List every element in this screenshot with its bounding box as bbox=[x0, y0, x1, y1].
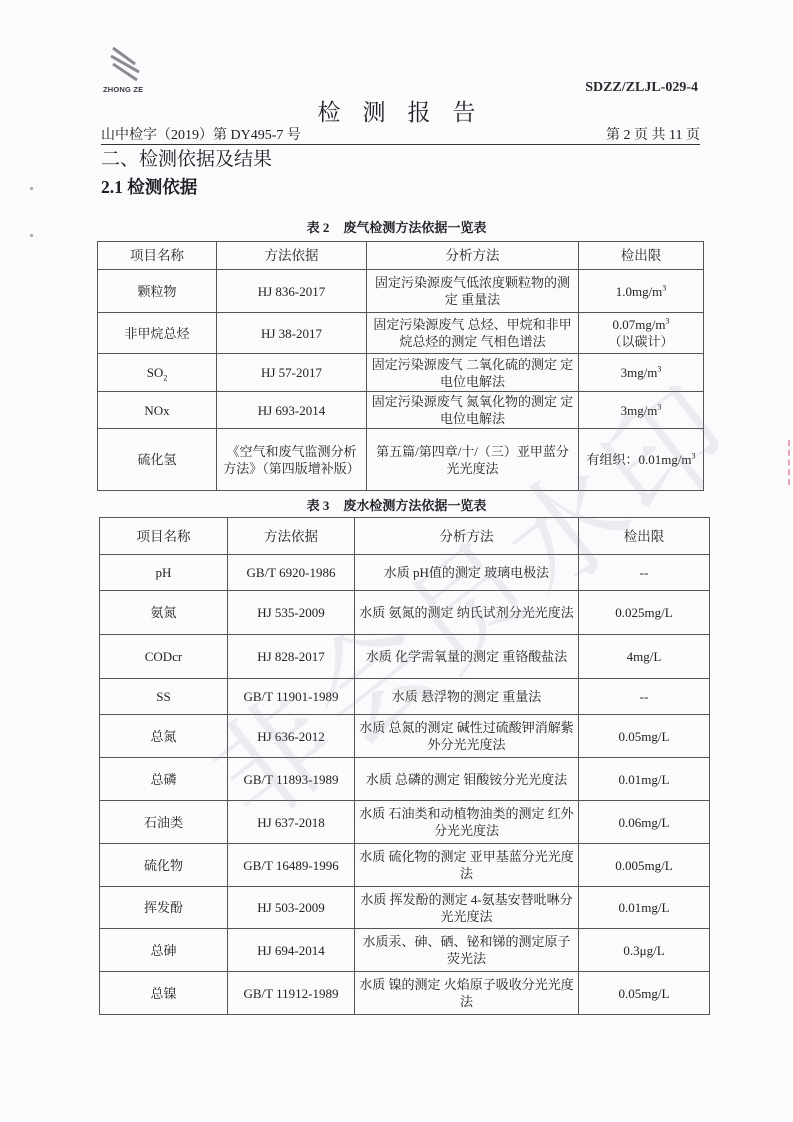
item-name: pH bbox=[100, 555, 228, 591]
analysis-method: 固定污染源废气 氮氧化物的测定 定电位电解法 bbox=[367, 392, 579, 429]
header-limit: 检出限 bbox=[579, 518, 710, 555]
analysis-method: 水质 石油类和动植物油类的测定 红外分光光度法 bbox=[355, 801, 579, 844]
table-row: 挥发酚 HJ 503-2009 水质 挥发酚的测定 4-氨基安替吡啉分光光度法 … bbox=[100, 887, 710, 929]
method-standard: HJ 693-2014 bbox=[217, 392, 367, 429]
item-name: 总氮 bbox=[100, 715, 228, 758]
detection-limit: 0.01mg/L bbox=[579, 758, 710, 801]
detection-limit: -- bbox=[579, 555, 710, 591]
table-row: 总砷 HJ 694-2014 水质汞、砷、硒、铋和锑的测定原子荧光法 0.3μg… bbox=[100, 929, 710, 972]
table-row: 总磷 GB/T 11893-1989 水质 总磷的测定 钼酸铵分光光度法 0.0… bbox=[100, 758, 710, 801]
logo-stripes-icon bbox=[109, 44, 145, 82]
table-row: SO2 HJ 57-2017 固定污染源废气 二氧化硫的测定 定电位电解法 3m… bbox=[98, 354, 704, 392]
logo-text: ZHONG ZE bbox=[103, 85, 143, 94]
analysis-method: 水质 镍的测定 火焰原子吸收分光光度法 bbox=[355, 972, 579, 1015]
table-row: NOx HJ 693-2014 固定污染源废气 氮氧化物的测定 定电位电解法 3… bbox=[98, 392, 704, 429]
header-limit: 检出限 bbox=[579, 242, 704, 270]
analysis-method: 水质 氨氮的测定 纳氏试剂分光光度法 bbox=[355, 591, 579, 635]
item-name: 总砷 bbox=[100, 929, 228, 972]
item-name: 氨氮 bbox=[100, 591, 228, 635]
table-row: 硫化氢 《空气和废气监测分析方法》（第四版增补版） 第五篇/第四章/十/（三）亚… bbox=[98, 429, 704, 491]
table3-caption-text: 废水检测方法依据一览表 bbox=[343, 498, 486, 513]
table-row: pH GB/T 6920-1986 水质 pH值的测定 玻璃电极法 -- bbox=[100, 555, 710, 591]
header-item: 项目名称 bbox=[98, 242, 217, 270]
method-standard: HJ 503-2009 bbox=[228, 887, 355, 929]
item-name: NOx bbox=[98, 392, 217, 429]
scan-speck bbox=[30, 234, 33, 237]
table3-caption: 表 3废水检测方法依据一览表 bbox=[0, 495, 793, 514]
table2-caption-text: 废气检测方法依据一览表 bbox=[343, 220, 486, 235]
analysis-method: 水质汞、砷、硒、铋和锑的测定原子荧光法 bbox=[355, 929, 579, 972]
method-standard: HJ 637-2018 bbox=[228, 801, 355, 844]
detection-limit: 3mg/m3 bbox=[579, 392, 704, 429]
detection-limit: 0.06mg/L bbox=[579, 801, 710, 844]
item-name: 颗粒物 bbox=[98, 270, 217, 313]
table3-caption-number: 表 3 bbox=[307, 498, 330, 513]
table2-caption-number: 表 2 bbox=[307, 220, 330, 235]
section-title: 二、检测依据及结果 bbox=[101, 144, 272, 171]
analysis-method: 第五篇/第四章/十/（三）亚甲蓝分光光度法 bbox=[367, 429, 579, 491]
detection-limit: 有组织：0.01mg/m3 bbox=[579, 429, 704, 491]
page-info: 第 2 页 共 11 页 bbox=[606, 124, 700, 144]
method-standard: GB/T 11901-1989 bbox=[228, 679, 355, 715]
detection-limit: 0.05mg/L bbox=[579, 715, 710, 758]
header-method: 分析方法 bbox=[367, 242, 579, 270]
item-name: CODcr bbox=[100, 635, 228, 679]
header-standard: 方法依据 bbox=[217, 242, 367, 270]
analysis-method: 固定污染源废气 总烃、甲烷和非甲烷总烃的测定 气相色谱法 bbox=[367, 313, 579, 354]
analysis-method: 水质 化学需氧量的测定 重铬酸盐法 bbox=[355, 635, 579, 679]
table-row: 石油类 HJ 637-2018 水质 石油类和动植物油类的测定 红外分光光度法 … bbox=[100, 801, 710, 844]
analysis-method: 水质 总磷的测定 钼酸铵分光光度法 bbox=[355, 758, 579, 801]
detection-limit: 0.01mg/L bbox=[579, 887, 710, 929]
table-row: 非甲烷总烃 HJ 38-2017 固定污染源废气 总烃、甲烷和非甲烷总烃的测定 … bbox=[98, 313, 704, 354]
table-row: SS GB/T 11901-1989 水质 悬浮物的测定 重量法 -- bbox=[100, 679, 710, 715]
table-row: 总氮 HJ 636-2012 水质 总氮的测定 碱性过硫酸钾消解紫外分光光度法 … bbox=[100, 715, 710, 758]
detection-limit: 4mg/L bbox=[579, 635, 710, 679]
report-title: 检测报告 bbox=[0, 94, 793, 127]
table-header-row: 项目名称 方法依据 分析方法 检出限 bbox=[100, 518, 710, 555]
item-name: 总磷 bbox=[100, 758, 228, 801]
method-standard: GB/T 16489-1996 bbox=[228, 844, 355, 887]
detection-limit: 0.025mg/L bbox=[579, 591, 710, 635]
analysis-method: 水质 挥发酚的测定 4-氨基安替吡啉分光光度法 bbox=[355, 887, 579, 929]
company-logo: ZHONG ZE bbox=[103, 44, 153, 92]
item-name: SS bbox=[100, 679, 228, 715]
table2-caption: 表 2废气检测方法依据一览表 bbox=[0, 217, 793, 236]
analysis-method: 水质 悬浮物的测定 重量法 bbox=[355, 679, 579, 715]
item-name: SO2 bbox=[98, 354, 217, 392]
header-method: 分析方法 bbox=[355, 518, 579, 555]
edge-stamp-mark bbox=[788, 440, 793, 485]
method-standard: HJ 694-2014 bbox=[228, 929, 355, 972]
detection-limit: 3mg/m3 bbox=[579, 354, 704, 392]
detection-limit: -- bbox=[579, 679, 710, 715]
table-row: 总镍 GB/T 11912-1989 水质 镍的测定 火焰原子吸收分光光度法 0… bbox=[100, 972, 710, 1015]
detection-limit: 1.0mg/m3 bbox=[579, 270, 704, 313]
table-header-row: 项目名称 方法依据 分析方法 检出限 bbox=[98, 242, 704, 270]
analysis-method: 水质 硫化物的测定 亚甲基蓝分光光度法 bbox=[355, 844, 579, 887]
detection-limit: 0.3μg/L bbox=[579, 929, 710, 972]
detection-limit: 0.07mg/m3（以碳计） bbox=[579, 313, 704, 354]
detection-limit: 0.005mg/L bbox=[579, 844, 710, 887]
table-row: 颗粒物 HJ 836-2017 固定污染源废气低浓度颗粒物的测定 重量法 1.0… bbox=[98, 270, 704, 313]
header-standard: 方法依据 bbox=[228, 518, 355, 555]
scan-speck bbox=[30, 187, 33, 190]
method-standard: HJ 836-2017 bbox=[217, 270, 367, 313]
waste-gas-methods-table: 项目名称 方法依据 分析方法 检出限 颗粒物 HJ 836-2017 固定污染源… bbox=[97, 241, 704, 491]
method-standard: HJ 828-2017 bbox=[228, 635, 355, 679]
header-item: 项目名称 bbox=[100, 518, 228, 555]
analysis-method: 固定污染源废气 二氧化硫的测定 定电位电解法 bbox=[367, 354, 579, 392]
method-standard: HJ 535-2009 bbox=[228, 591, 355, 635]
method-standard: 《空气和废气监测分析方法》（第四版增补版） bbox=[217, 429, 367, 491]
method-standard: GB/T 6920-1986 bbox=[228, 555, 355, 591]
wastewater-methods-table: 项目名称 方法依据 分析方法 检出限 pH GB/T 6920-1986 水质 … bbox=[99, 517, 710, 1015]
analysis-method: 水质 总氮的测定 碱性过硫酸钾消解紫外分光光度法 bbox=[355, 715, 579, 758]
table-row: CODcr HJ 828-2017 水质 化学需氧量的测定 重铬酸盐法 4mg/… bbox=[100, 635, 710, 679]
method-standard: GB/T 11893-1989 bbox=[228, 758, 355, 801]
report-number: 山中检字（2019）第 DY495-7 号 bbox=[101, 124, 301, 144]
item-name: 挥发酚 bbox=[100, 887, 228, 929]
detection-limit: 0.05mg/L bbox=[579, 972, 710, 1015]
analysis-method: 固定污染源废气低浓度颗粒物的测定 重量法 bbox=[367, 270, 579, 313]
item-name: 硫化氢 bbox=[98, 429, 217, 491]
item-name: 硫化物 bbox=[100, 844, 228, 887]
item-name: 总镍 bbox=[100, 972, 228, 1015]
analysis-method: 水质 pH值的测定 玻璃电极法 bbox=[355, 555, 579, 591]
table-row: 氨氮 HJ 535-2009 水质 氨氮的测定 纳氏试剂分光光度法 0.025m… bbox=[100, 591, 710, 635]
report-meta-row: 山中检字（2019）第 DY495-7 号 第 2 页 共 11 页 bbox=[101, 124, 700, 145]
item-name: 非甲烷总烃 bbox=[98, 313, 217, 354]
subsection-title: 2.1 检测依据 bbox=[101, 174, 197, 199]
method-standard: HJ 38-2017 bbox=[217, 313, 367, 354]
method-standard: HJ 57-2017 bbox=[217, 354, 367, 392]
method-standard: GB/T 11912-1989 bbox=[228, 972, 355, 1015]
method-standard: HJ 636-2012 bbox=[228, 715, 355, 758]
table-row: 硫化物 GB/T 16489-1996 水质 硫化物的测定 亚甲基蓝分光光度法 … bbox=[100, 844, 710, 887]
item-name: 石油类 bbox=[100, 801, 228, 844]
